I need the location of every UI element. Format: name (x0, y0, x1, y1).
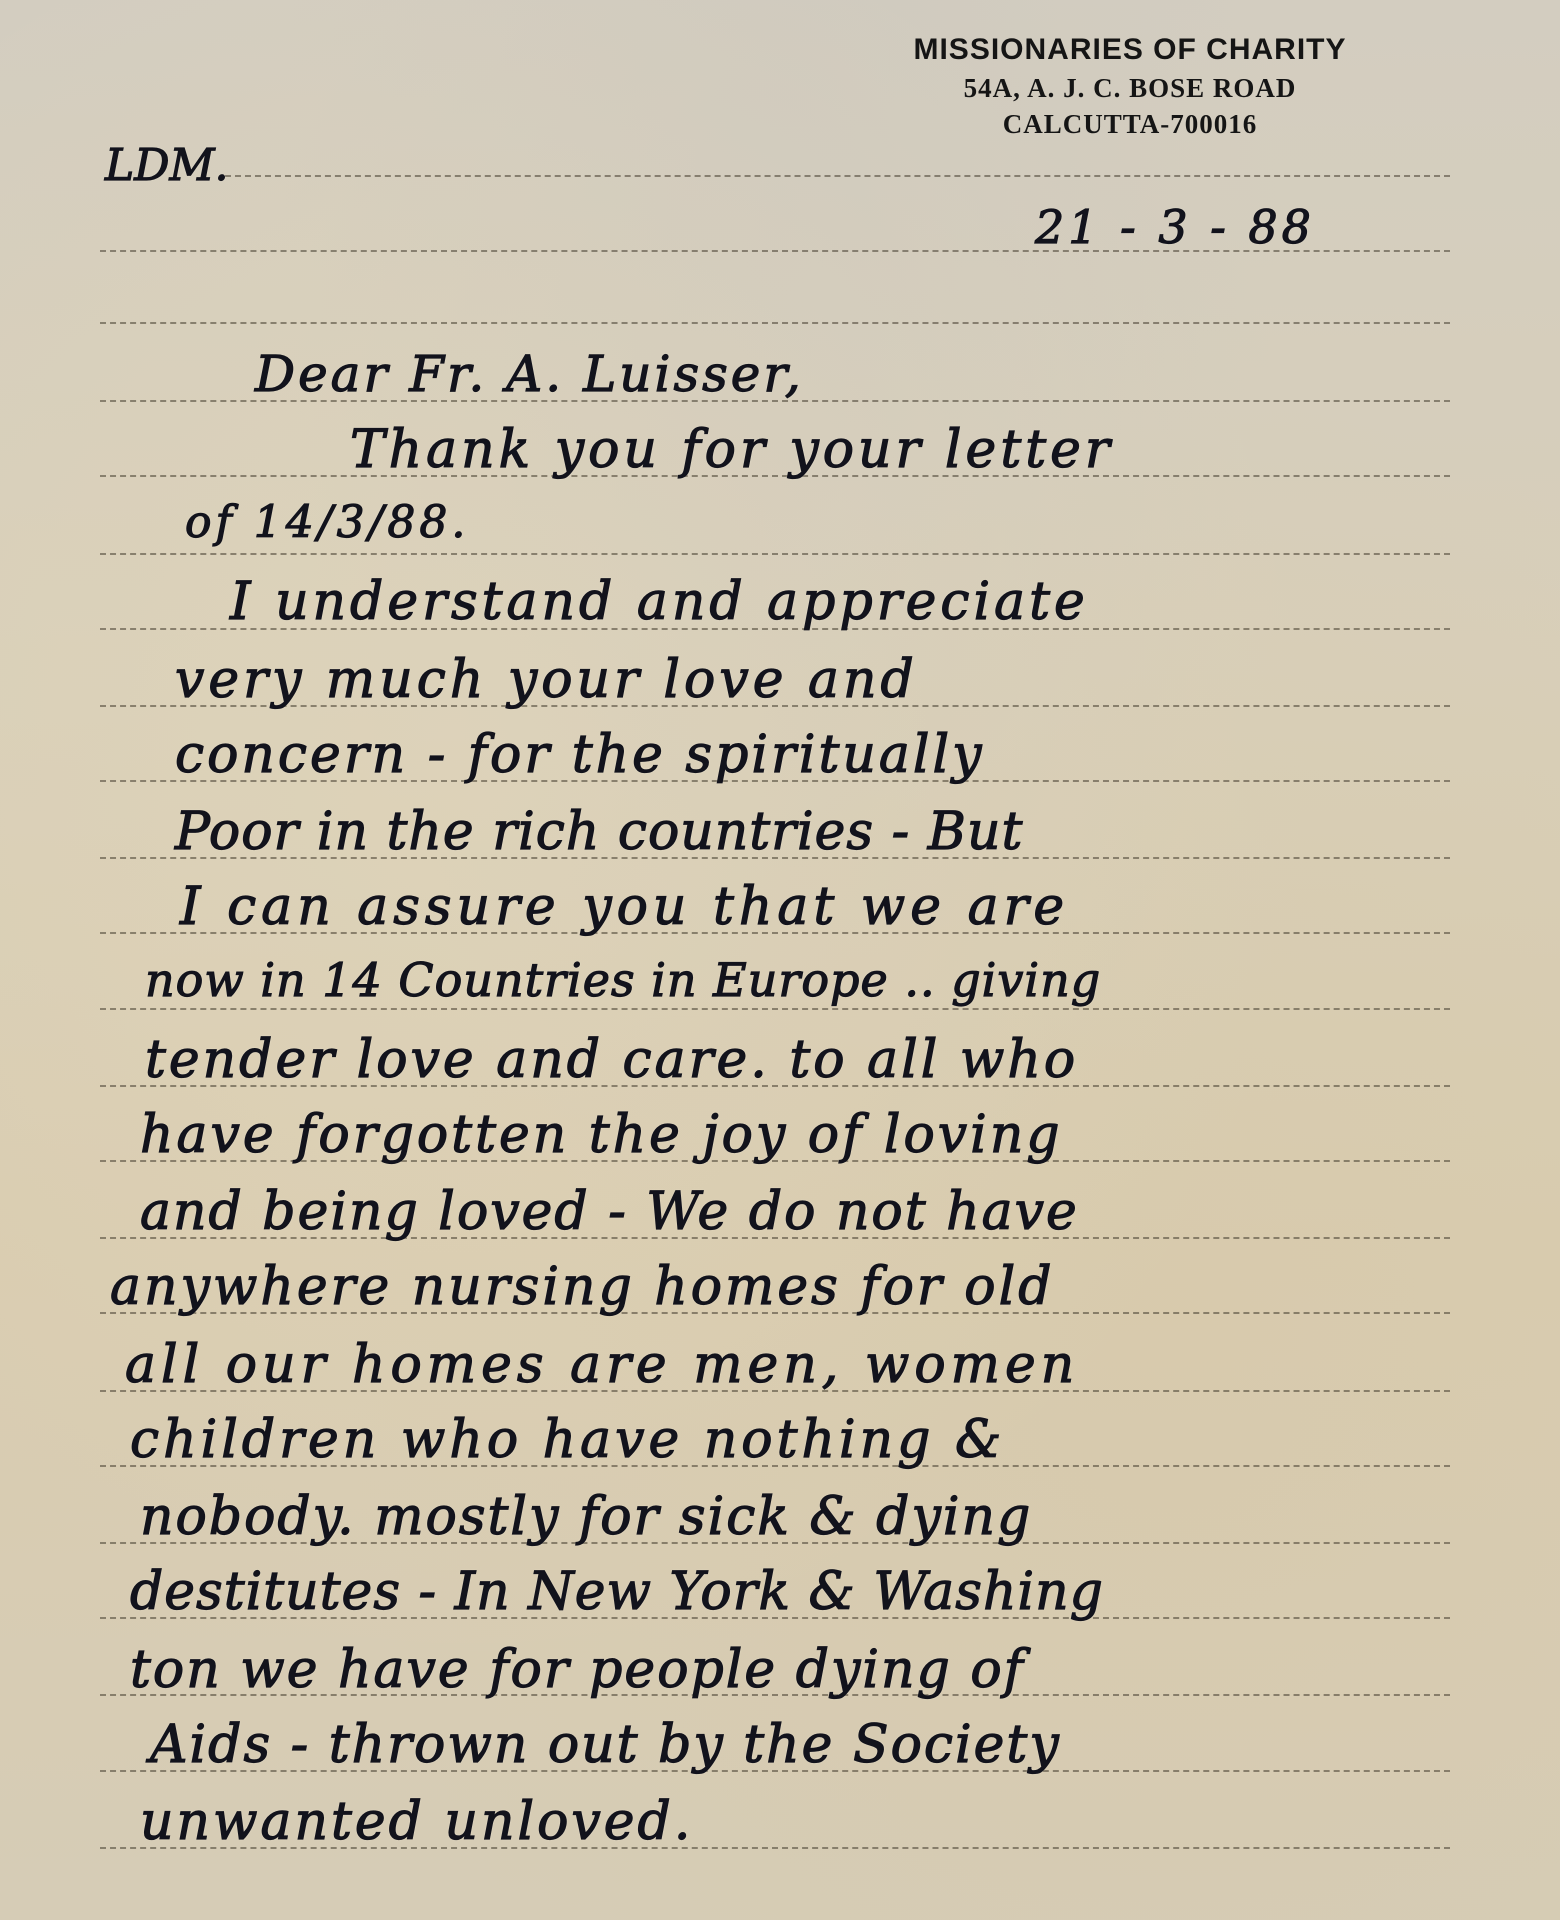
body-line: have forgotten the joy of loving (140, 1105, 1063, 1165)
body-line: now in 14 Countries in Europe .. giving (145, 953, 1101, 1007)
body-line: anywhere nursing homes for old (110, 1257, 1055, 1317)
reference-mark: LDM. (105, 140, 229, 191)
letter-page: MISSIONARIES OF CHARITY 54A, A. J. C. BO… (0, 0, 1560, 1920)
ruled-line (100, 1008, 1450, 1010)
body-line: of 14/3/88. (185, 497, 469, 548)
ruled-line (100, 553, 1450, 555)
body-line: Aids - thrown out by the Society (150, 1715, 1061, 1775)
ruled-line (225, 175, 1450, 177)
body-line: concern - for the spiritually (175, 725, 985, 785)
address-line-2: CALCUTTA-700016 (860, 106, 1400, 142)
body-line: children who have nothing & (130, 1410, 1005, 1470)
letter-date: 21 - 3 - 88 (1035, 200, 1315, 254)
body-line: and being loved - We do not have (140, 1182, 1079, 1242)
ruled-line (100, 322, 1450, 324)
body-line: very much your love and (175, 650, 918, 710)
body-line: Thank you for your letter (350, 420, 1114, 480)
organization-name: MISSIONARIES OF CHARITY (860, 30, 1400, 70)
body-line: Poor in the rich countries - But (175, 802, 1023, 862)
body-line: tender love and care. to all who (145, 1030, 1078, 1090)
body-line: all our homes are men, women (125, 1335, 1079, 1395)
body-line: ton we have for people dying of (130, 1640, 1025, 1700)
body-line: nobody. mostly for sick & dying (140, 1487, 1032, 1547)
body-line: unwanted unloved. (140, 1792, 693, 1852)
body-line: destitutes - In New York & Washing (130, 1562, 1104, 1622)
address-line-1: 54A, A. J. C. BOSE ROAD (860, 70, 1400, 106)
body-line: I can assure you that we are (180, 877, 1069, 937)
letterhead-stamp: MISSIONARIES OF CHARITY 54A, A. J. C. BO… (860, 30, 1400, 142)
salutation: Dear Fr. A. Luisser, (255, 345, 804, 403)
body-line: I understand and appreciate (230, 572, 1089, 632)
